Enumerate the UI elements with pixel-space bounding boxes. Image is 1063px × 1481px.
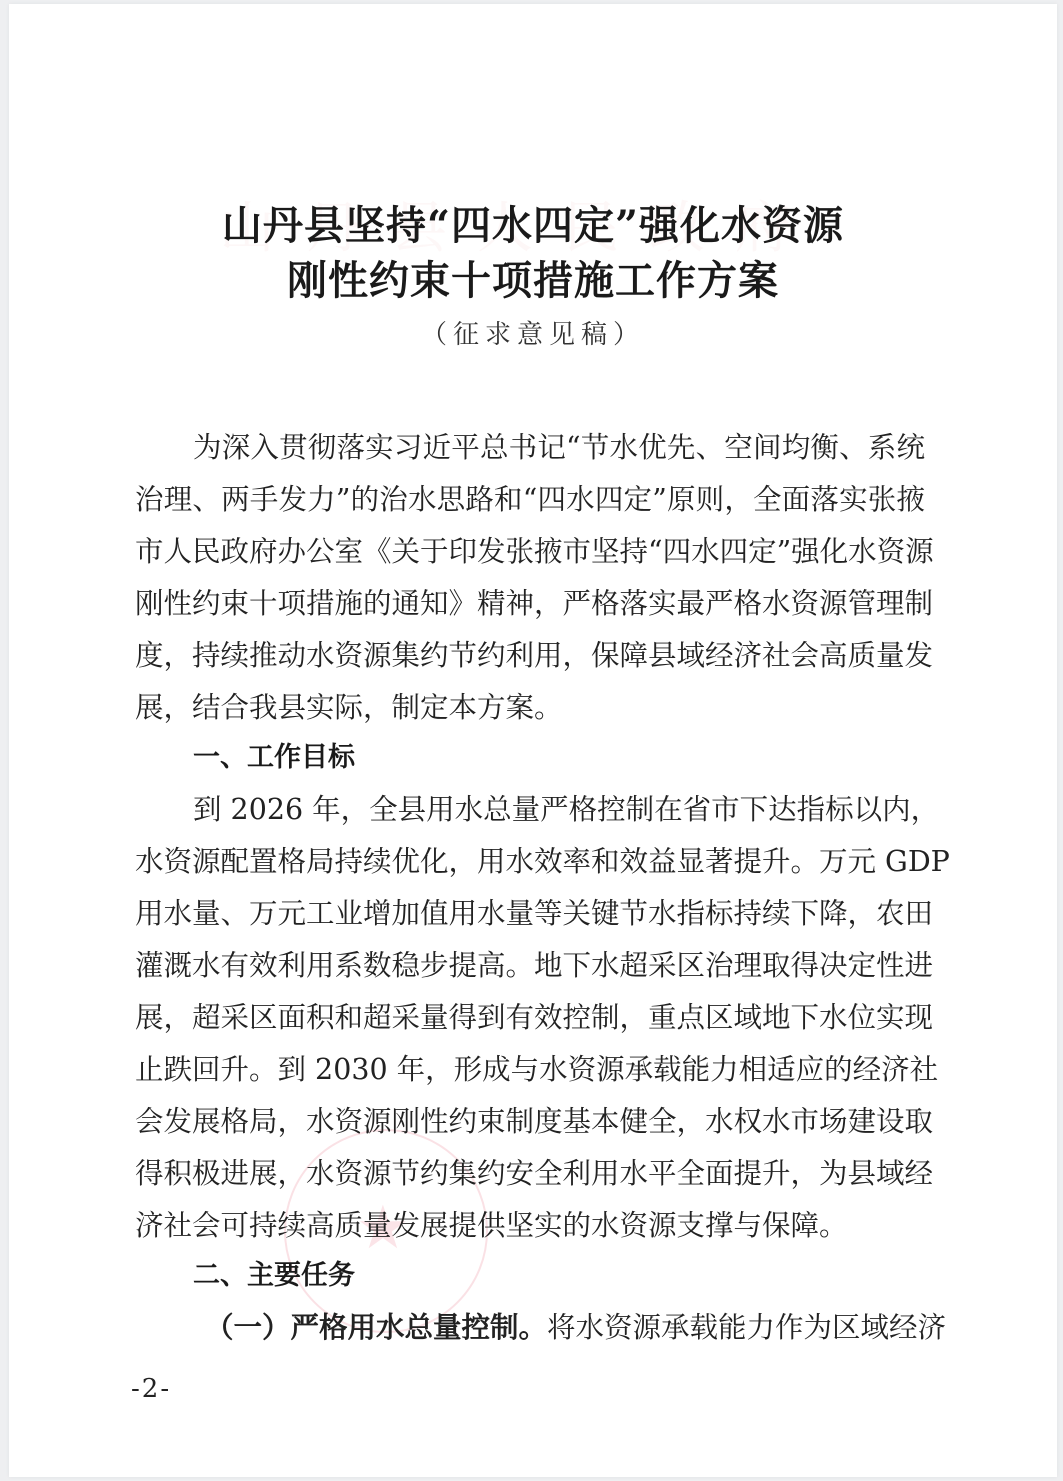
preamble-line: 度，持续推动水资源集约节约利用，保障县域经济社会高质量发	[135, 630, 925, 682]
preamble-line: 刚性约束十项措施的通知》精神，严格落实最严格水资源管理制	[135, 578, 925, 630]
task-item-1: （一）严格用水总量控制。将水资源承载能力作为区域经济	[205, 1302, 925, 1354]
goals-line: 济社会可持续高质量发展提供坚实的水资源支撑与保障。	[135, 1200, 925, 1252]
task-item-1-lead: （一）严格用水总量控制。	[205, 1311, 547, 1344]
goals-line: 灌溉水有效利用系数稳步提高。地下水超采区治理取得决定性进	[135, 940, 925, 992]
preamble-line: 展，结合我县实际，制定本方案。	[135, 682, 925, 734]
task-item-1-text: 将水资源承载能力作为区域经济	[547, 1311, 946, 1344]
preamble-line: 为深入贯彻落实习近平总书记“节水优先、空间均衡、系统	[193, 422, 925, 474]
section-heading-goals: 一、工作目标	[193, 732, 355, 784]
preamble-line: 治理、两手发力”的治水思路和“四水四定”原则，全面落实张掖	[135, 474, 925, 526]
preamble-line: 市人民政府办公室《关于印发张掖市坚持“四水四定”强化水资源	[135, 526, 925, 578]
goals-line: 到 2026 年，全县用水总量严格控制在省市下达指标以内，	[193, 784, 925, 836]
document-page: 山丹县人民政府 ★ 山丹县坚持“四水四定”强化水资源 刚性约束十项措施工作方案 …	[9, 4, 1057, 1477]
goals-line: 止跌回升。到 2030 年，形成与水资源承载能力相适应的经济社	[135, 1044, 925, 1096]
document-title-line-2: 刚性约束十项措施工作方案	[9, 249, 1057, 306]
goals-line: 得积极进展，水资源节约集约安全利用水平全面提升，为县域经	[135, 1148, 925, 1200]
goals-line: 用水量、万元工业增加值用水量等关键节水指标持续下降，农田	[135, 888, 925, 940]
document-subtitle: （征求意见稿）	[9, 314, 1057, 351]
goals-line: 水资源配置格局持续优化，用水效率和效益显著提升。万元 GDP	[135, 836, 925, 888]
goals-line: 会发展格局，水资源刚性约束制度基本健全，水权水市场建设取	[135, 1096, 925, 1148]
goals-line: 展，超采区面积和超采量得到有效控制，重点区域地下水位实现	[135, 992, 925, 1044]
section-heading-tasks: 二、主要任务	[193, 1250, 355, 1302]
document-title-line-1: 山丹县坚持“四水四定”强化水资源	[9, 194, 1057, 251]
page-number: -2-	[131, 1374, 171, 1404]
